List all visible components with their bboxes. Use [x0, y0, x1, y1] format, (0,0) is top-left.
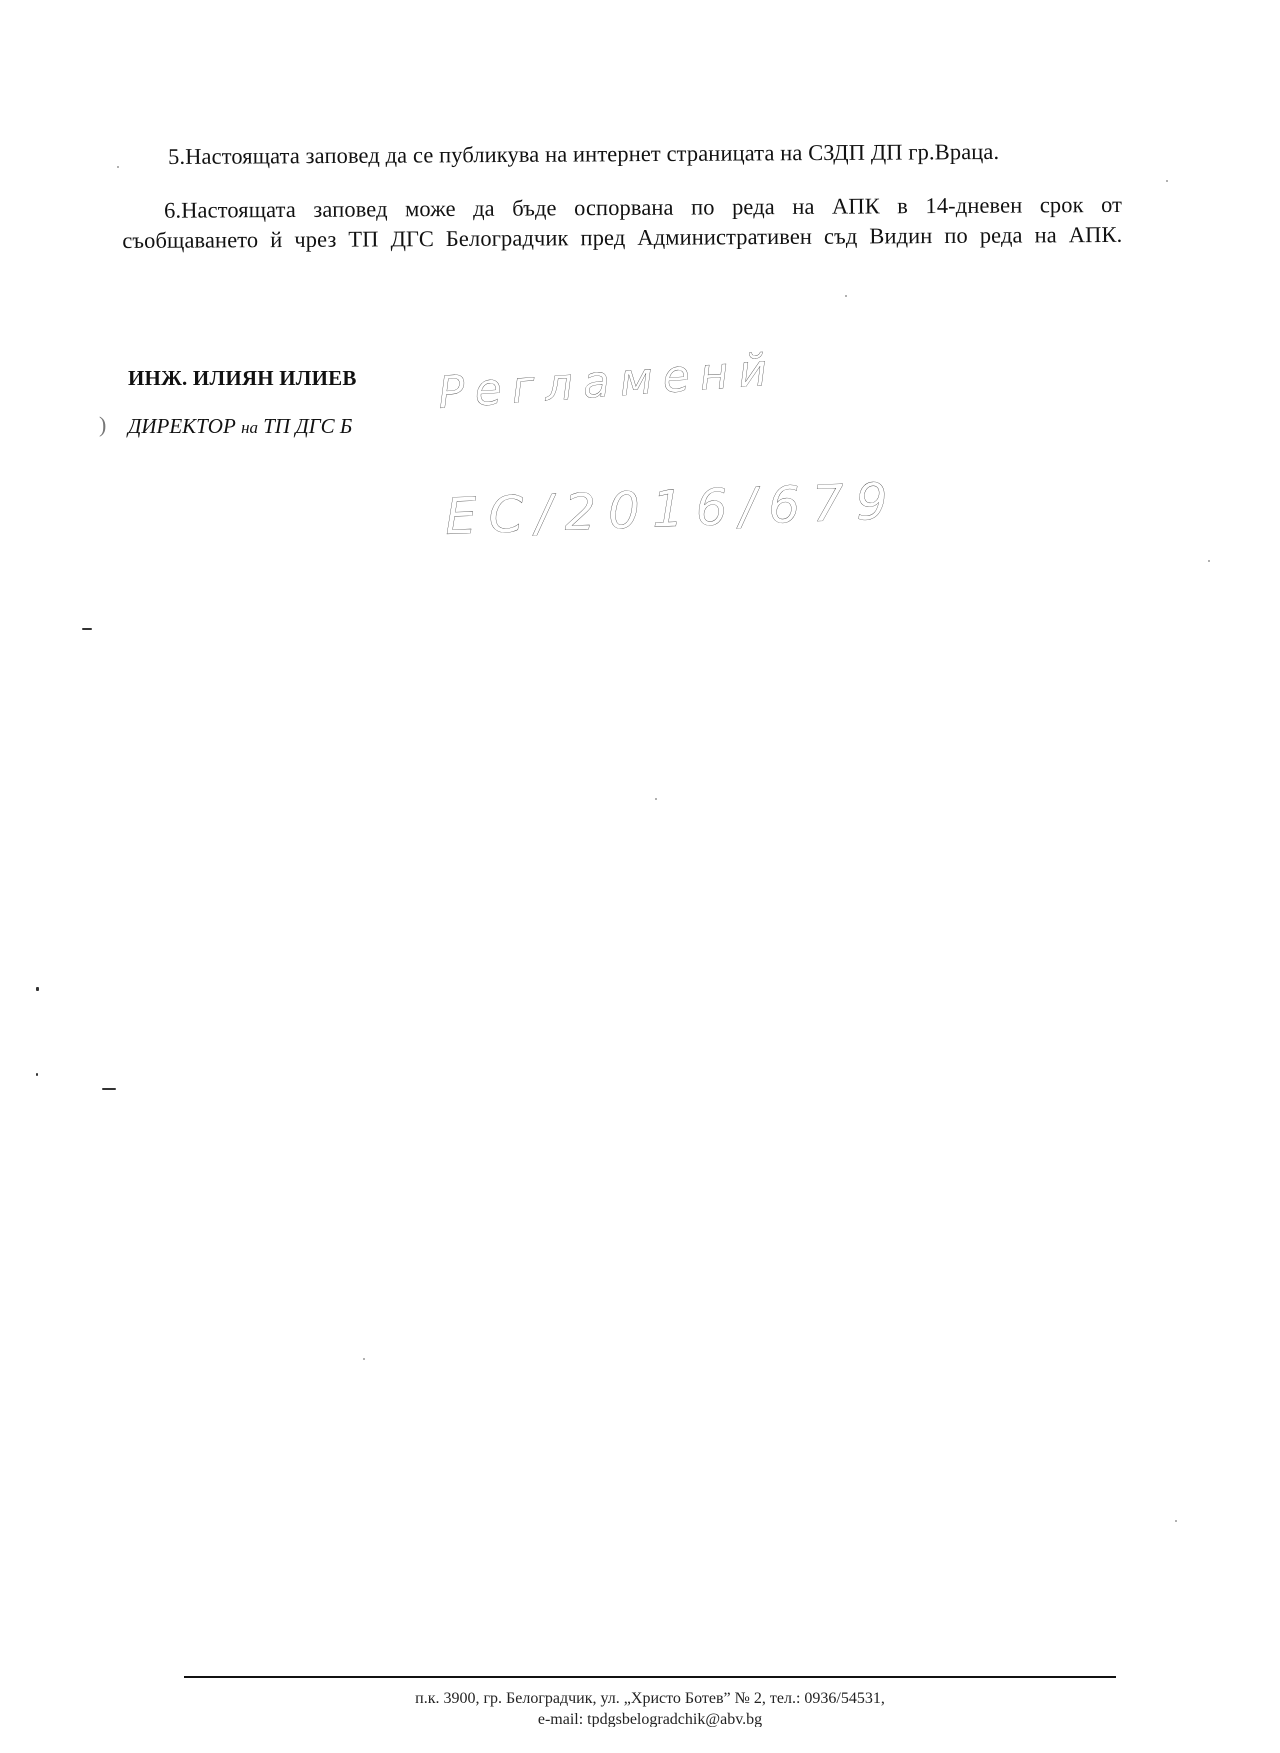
scan-speck	[117, 166, 119, 168]
scan-speck	[102, 1088, 116, 1090]
footer-address: п.к. 3900, гр. Белоградчик, ул. „Христо …	[184, 1690, 1116, 1708]
scan-speck	[363, 1358, 365, 1360]
scan-speck	[82, 628, 92, 630]
margin-mark: )	[99, 412, 106, 438]
signer-title: ДИРЕКТОР на ТП ДГС Б	[128, 414, 352, 439]
footer-email: e-mail: tpdgsbelogradchik@abv.bg	[184, 1711, 1116, 1727]
scan-speck	[1208, 560, 1210, 562]
scan-speck	[655, 798, 657, 800]
paragraph-6: 6.Настоящата заповед може да бъде оспорв…	[122, 190, 1122, 256]
signer-title-connector: на	[241, 418, 258, 437]
paragraph-5: 5.Настоящата заповед да се публикува на …	[168, 136, 1118, 172]
scanned-document-page: 5.Настоящата заповед да се публикува на …	[0, 0, 1280, 1753]
signer-name: ИНЖ. ИЛИЯН ИЛИЕВ	[128, 366, 357, 391]
scan-speck	[36, 987, 39, 991]
footer-divider	[184, 1676, 1116, 1678]
handwritten-annotation-line-1: Регламенй	[436, 344, 778, 419]
signer-title-prefix: ДИРЕКТОР	[128, 414, 236, 438]
scan-speck	[1175, 1520, 1177, 1522]
paragraph-6-line-2: съобщаването й чрез ТП ДГС Белоградчик п…	[122, 220, 1122, 256]
scan-speck	[845, 295, 847, 297]
scan-speck	[1166, 180, 1168, 182]
scan-speck	[36, 1073, 38, 1076]
signer-title-org: ТП ДГС Б	[263, 414, 352, 438]
handwritten-annotation-line-2: ЕС/2016/679	[444, 472, 901, 546]
